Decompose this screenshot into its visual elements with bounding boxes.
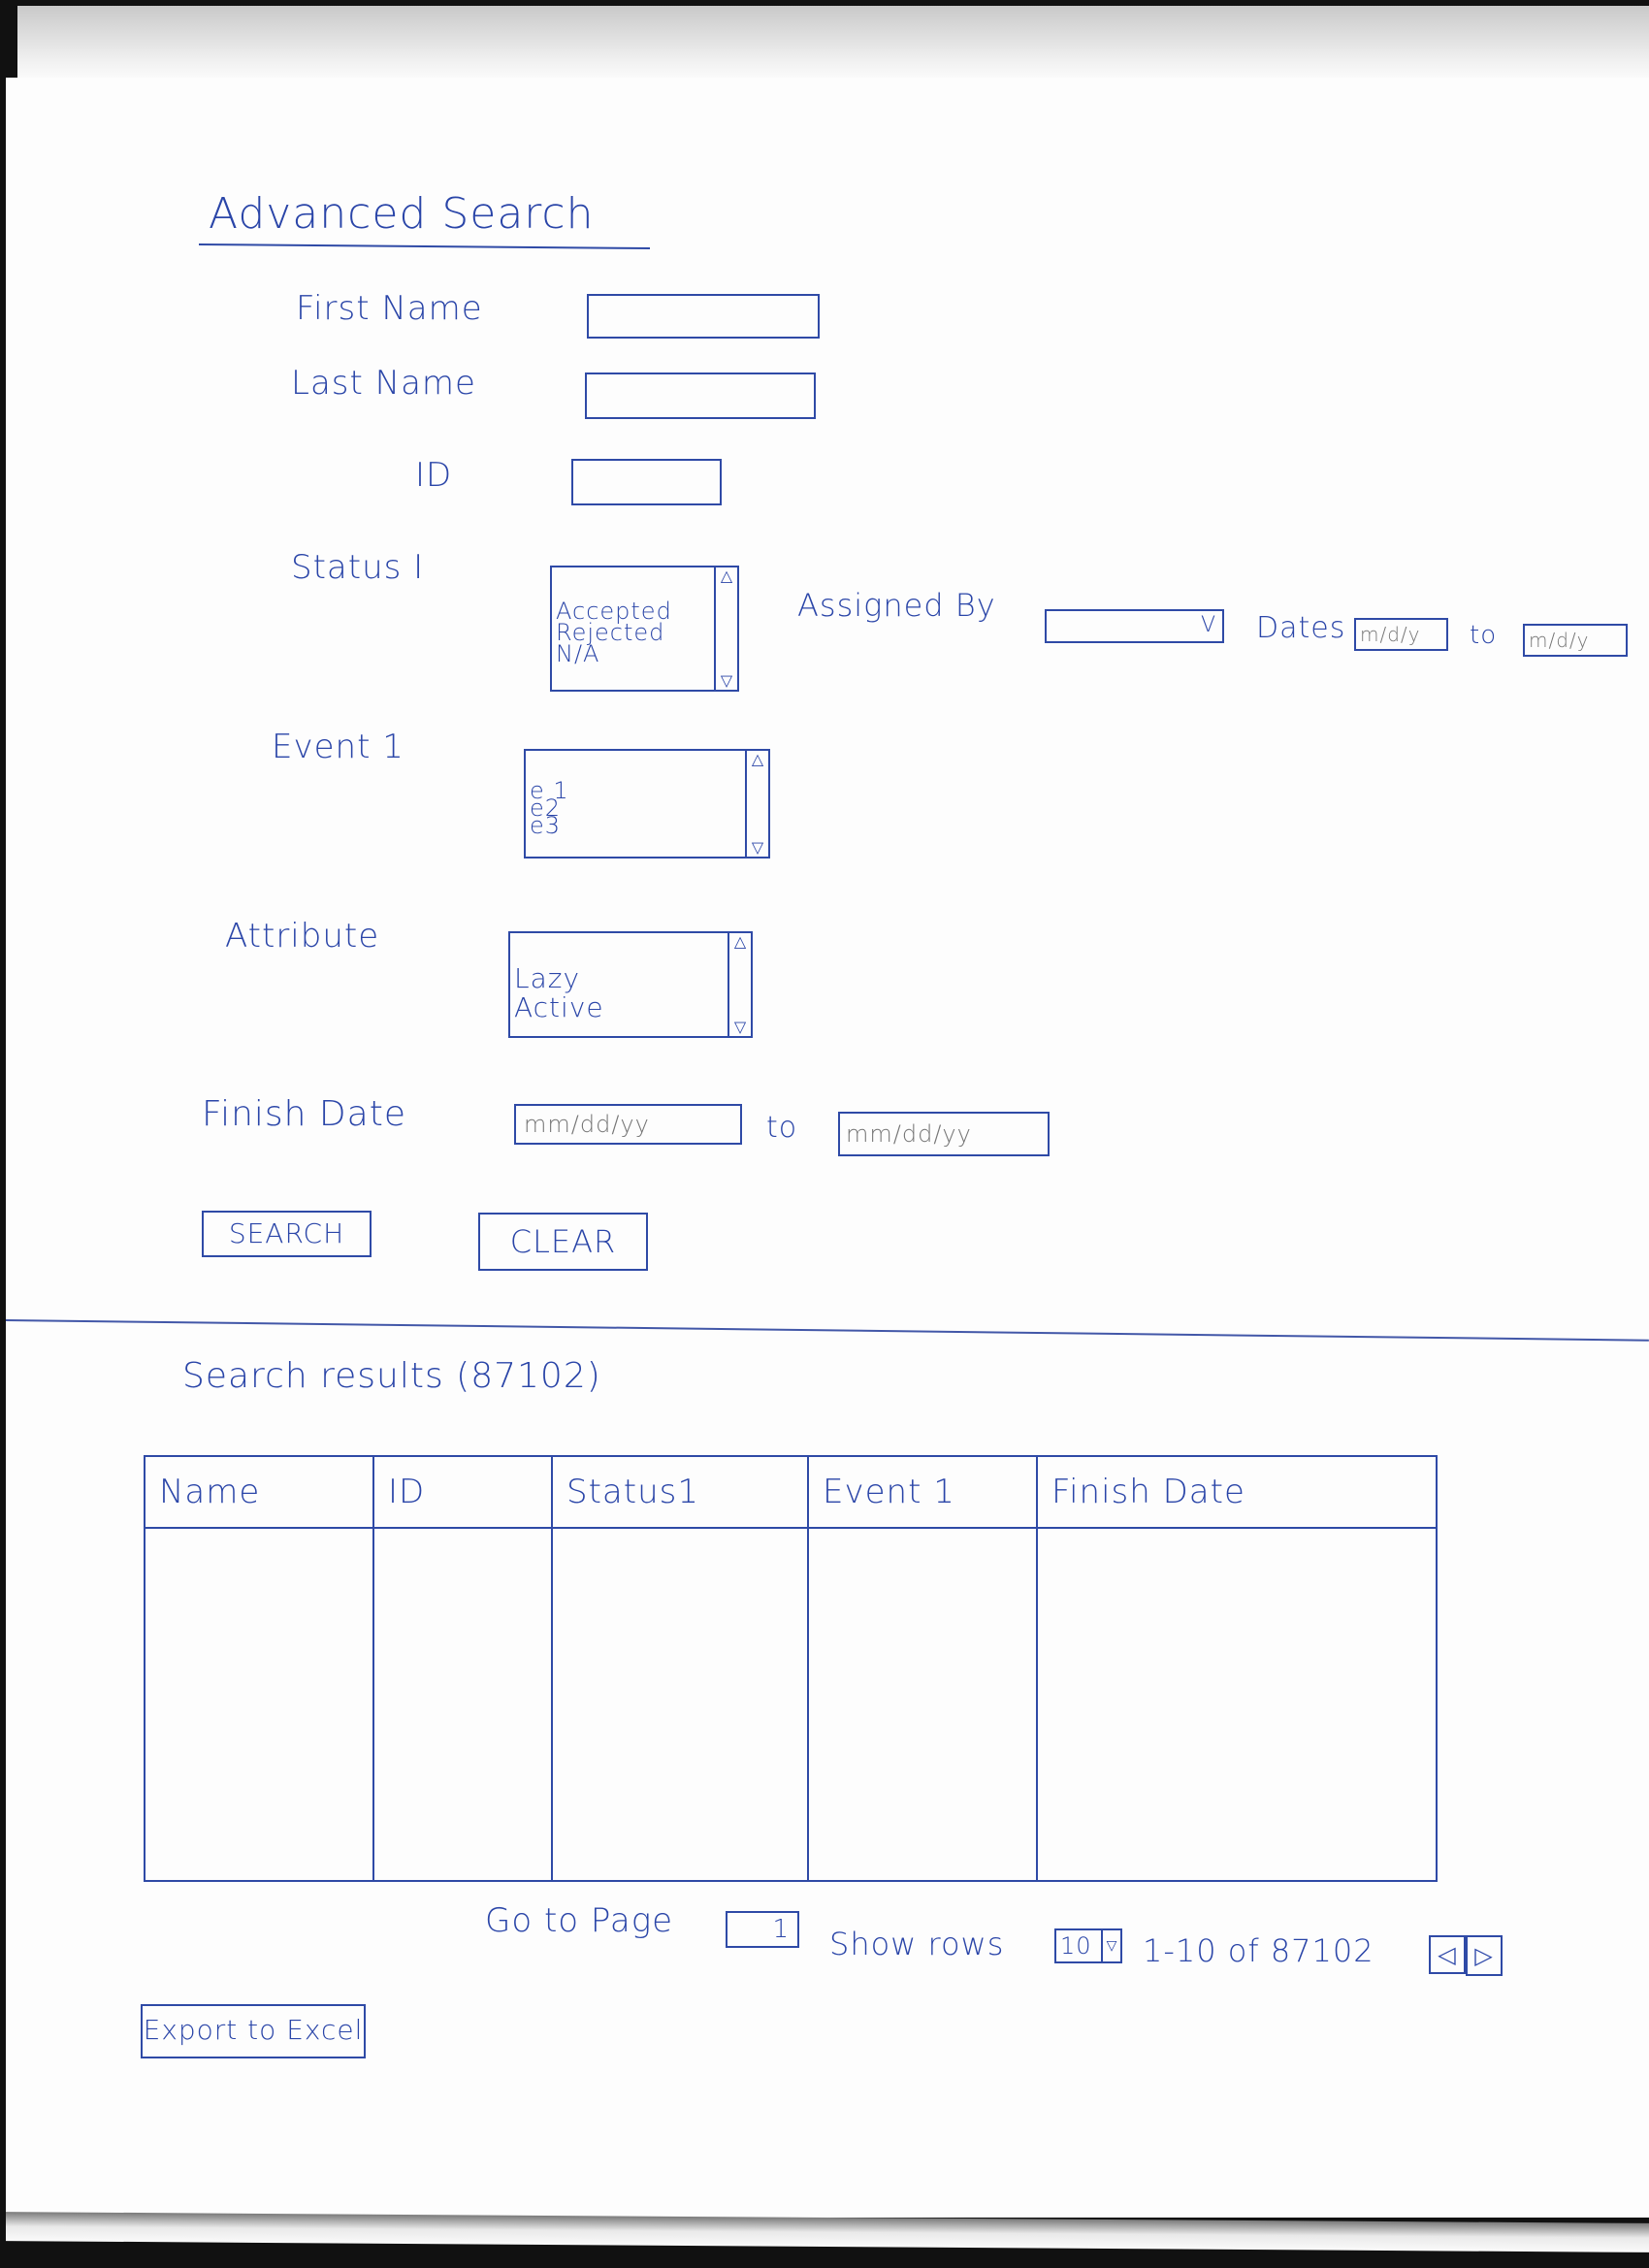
scan-shadow-bottom bbox=[6, 2212, 1649, 2252]
column-header-id[interactable]: ID bbox=[373, 1456, 552, 1528]
prev-page-icon[interactable]: ◁ bbox=[1429, 1935, 1466, 1974]
chevron-down-icon[interactable]: ▽ bbox=[1101, 1930, 1120, 1961]
chevron-down-icon[interactable]: V bbox=[1201, 613, 1216, 637]
scroll-up-icon[interactable]: △ bbox=[752, 751, 763, 768]
page-number-input[interactable]: 1 bbox=[726, 1911, 799, 1948]
column-header-event[interactable]: Event 1 bbox=[808, 1456, 1037, 1528]
scroll-down-icon[interactable]: ▽ bbox=[752, 839, 763, 857]
assigned-by-label: Assigned By bbox=[797, 587, 996, 624]
status-listbox[interactable]: Accepted Rejected N/A △ ▽ bbox=[550, 566, 739, 692]
results-heading: Search results (87102) bbox=[182, 1356, 601, 1396]
attribute-listbox[interactable]: Lazy Active △ ▽ bbox=[508, 931, 753, 1038]
last-name-label: Last Name bbox=[291, 364, 476, 403]
column-header-status[interactable]: Status1 bbox=[552, 1456, 808, 1528]
table-cell bbox=[145, 1528, 373, 1881]
attribute-option-active[interactable]: Active bbox=[510, 993, 751, 1022]
status-label: Status I bbox=[291, 548, 424, 587]
event-label: Event 1 bbox=[272, 728, 404, 766]
attribute-scrollbar[interactable]: △ ▽ bbox=[727, 933, 751, 1036]
column-header-finish-date[interactable]: Finish Date bbox=[1037, 1456, 1437, 1528]
first-name-label: First Name bbox=[296, 289, 483, 328]
event-scrollbar[interactable]: △ ▽ bbox=[745, 751, 768, 857]
scan-shadow-top bbox=[17, 6, 1649, 78]
event-listbox[interactable]: e 1 e2 e3 △ ▽ bbox=[524, 749, 770, 859]
finish-date-from-input[interactable] bbox=[514, 1104, 742, 1145]
table-cell bbox=[808, 1528, 1037, 1881]
assigned-by-dropdown[interactable]: V bbox=[1045, 609, 1224, 643]
table-empty-body bbox=[145, 1528, 1437, 1881]
attribute-label: Attribute bbox=[225, 917, 379, 956]
finish-date-to-label: to bbox=[766, 1111, 797, 1145]
search-button[interactable]: SEARCH bbox=[202, 1211, 372, 1257]
status-scrollbar[interactable]: △ ▽ bbox=[714, 567, 737, 690]
table-header-row: Name ID Status1 Event 1 Finish Date bbox=[145, 1456, 1437, 1528]
id-label: ID bbox=[415, 456, 452, 495]
dates-to-label: to bbox=[1470, 621, 1497, 650]
event-option-e3[interactable]: e3 bbox=[526, 817, 768, 834]
paper-sheet bbox=[6, 78, 1649, 2218]
status-option-na[interactable]: N/A bbox=[552, 643, 737, 664]
clear-button[interactable]: CLEAR bbox=[478, 1213, 648, 1271]
dates-to-input[interactable] bbox=[1523, 624, 1628, 657]
dates-label: Dates bbox=[1256, 611, 1345, 645]
results-table: Name ID Status1 Event 1 Finish Date bbox=[144, 1455, 1438, 1882]
event-option-e1[interactable]: e 1 bbox=[526, 782, 768, 799]
range-text: 1-10 of 87102 bbox=[1143, 1932, 1374, 1969]
go-to-page-label: Go to Page bbox=[485, 1901, 673, 1940]
id-input[interactable] bbox=[571, 459, 722, 505]
column-header-name[interactable]: Name bbox=[145, 1456, 373, 1528]
export-to-excel-button[interactable]: Export to Excel bbox=[141, 2004, 366, 2058]
table-cell bbox=[552, 1528, 808, 1881]
attribute-option-lazy[interactable]: Lazy bbox=[510, 964, 751, 993]
dates-from-input[interactable] bbox=[1354, 618, 1448, 651]
scroll-down-icon[interactable]: ▽ bbox=[721, 672, 732, 690]
table-cell bbox=[373, 1528, 552, 1881]
finish-date-label: Finish Date bbox=[202, 1094, 406, 1134]
first-name-input[interactable] bbox=[587, 294, 820, 339]
next-page-icon[interactable]: ▷ bbox=[1466, 1935, 1503, 1976]
finish-date-to-input[interactable] bbox=[838, 1112, 1050, 1156]
table-cell bbox=[1037, 1528, 1437, 1881]
page-title: Advanced Search bbox=[209, 189, 595, 239]
rows-per-page-value: 10 bbox=[1060, 1932, 1092, 1960]
scroll-up-icon[interactable]: △ bbox=[734, 933, 746, 951]
last-name-input[interactable] bbox=[585, 373, 816, 419]
scroll-down-icon[interactable]: ▽ bbox=[734, 1019, 746, 1036]
show-rows-label: Show rows bbox=[829, 1926, 1004, 1962]
scroll-up-icon[interactable]: △ bbox=[721, 567, 732, 585]
rows-per-page-select[interactable]: 10 ▽ bbox=[1054, 1928, 1122, 1963]
